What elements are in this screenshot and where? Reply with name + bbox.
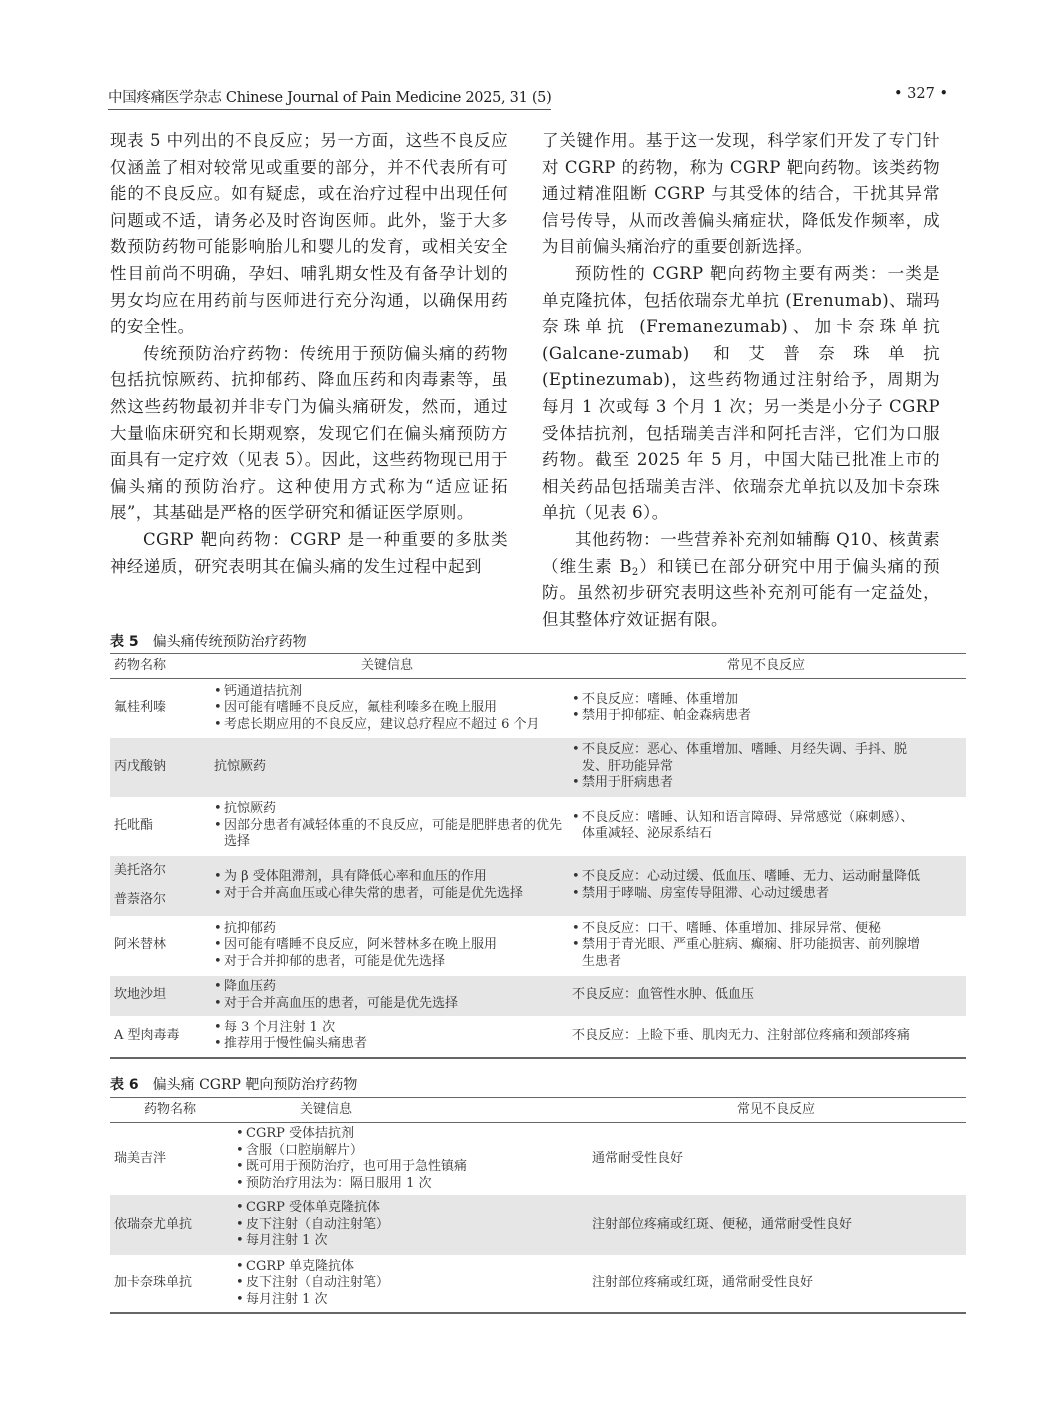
table-row: A 型肉毒毒每 3 个月注射 1 次推荐用于慢性偏头痛患者不良反应：上睑下垂、肌… xyxy=(110,1016,966,1058)
bullet-item: 推荐用于慢性偏头痛患者 xyxy=(214,1036,562,1053)
bullet-item: 预防治疗用法为：隔日服用 1 次 xyxy=(236,1176,582,1193)
right-column: 了关键作用。基于这一发现，科学家们开发了专门针对 CGRP 的药物，称为 CGR… xyxy=(542,128,940,633)
bullet-item: 含服（口腔崩解片） xyxy=(236,1143,582,1160)
table5: 药物名称 关键信息 常见不良反应 氟桂利嗪钙通道拮抗剂因可能有嗜睡不良反应，氟桂… xyxy=(110,653,966,1059)
cell-text: 阿米替林 xyxy=(114,937,204,954)
bullet-item: 抗抑郁药 xyxy=(214,921,562,938)
paragraph: 传统预防治疗药物：传统用于预防偏头痛的药物包括抗惊厥药、抗抑郁药、降血压药和肉毒… xyxy=(110,341,508,527)
cell-text: 注射部位疼痛或红斑，通常耐受性良好 xyxy=(592,1275,962,1292)
subscript: 2 xyxy=(632,567,639,578)
key-info-cell: 降血压药对于合并高血压的患者，可能是优先选择 xyxy=(208,976,566,1016)
bullet-item: 不良反应：心动过缓、低血压、嗜睡、无力、运动耐量降低 xyxy=(572,869,926,886)
cell-text: 不良反应：血管性水肿、低血压 xyxy=(572,987,926,1004)
bullet-list: 为 β 受体阻滞剂，具有降低心率和血压的作用对于合并高血压或心律失常的患者，可能… xyxy=(214,869,562,902)
key-info-cell: 为 β 受体阻滞剂，具有降低心率和血压的作用对于合并高血压或心律失常的患者，可能… xyxy=(208,856,566,916)
bullet-item: CGRP 受体拮抗剂 xyxy=(236,1126,582,1143)
cell-text: 瑞美吉泮 xyxy=(114,1151,226,1168)
drug-name-cell: 依瑞奈尤单抗 xyxy=(110,1195,230,1255)
bullet-item: 因可能有嗜睡不良反应，阿米替林多在晚上服用 xyxy=(214,937,562,954)
drug-name-cell: 美托洛尔普萘洛尔 xyxy=(110,856,208,916)
bullet-item: 降血压药 xyxy=(214,979,562,996)
table-row: 瑞美吉泮CGRP 受体拮抗剂含服（口腔崩解片）既可用于预防治疗，也可用于急性镇痛… xyxy=(110,1123,966,1196)
bullet-item: 禁用于抑郁症、帕金森病患者 xyxy=(572,708,926,725)
adverse-reaction-cell: 注射部位疼痛或红斑、便秘，通常耐受性良好 xyxy=(586,1195,966,1255)
column-header: 常见不良反应 xyxy=(586,1098,966,1123)
bullet-item: 为 β 受体阻滞剂，具有降低心率和血压的作用 xyxy=(214,869,562,886)
bullet-item: 对于合并高血压或心律失常的患者，可能是优先选择 xyxy=(214,886,562,903)
drug-name-cell: 坎地沙坦 xyxy=(110,976,208,1016)
bullet-list: 每 3 个月注射 1 次推荐用于慢性偏头痛患者 xyxy=(214,1020,562,1053)
adverse-reaction-cell: 不良反应：口干、嗜睡、体重增加、排尿异常、便秘禁用于青光眼、严重心脏病、癫痫、肝… xyxy=(566,916,966,976)
bullet-item: 既可用于预防治疗，也可用于急性镇痛 xyxy=(236,1159,582,1176)
adverse-reaction-cell: 不良反应：恶心、体重增加、嗜睡、月经失调、手抖、脱发、肝功能异常禁用于肝病患者 xyxy=(566,738,966,797)
bullet-item: CGRP 受体单克隆抗体 xyxy=(236,1200,582,1217)
bullet-item: 禁用于哮喘、房室传导阻滞、心动过缓患者 xyxy=(572,886,926,903)
adverse-reaction-cell: 不良反应：血管性水肿、低血压 xyxy=(566,976,966,1016)
table6-title: 偏头痛 CGRP 靶向预防治疗药物 xyxy=(153,1077,358,1093)
drug-name-cell: 托吡酯 xyxy=(110,797,208,856)
cell-text: 抗惊厥药 xyxy=(214,759,562,776)
cell-text: 丙戊酸钠 xyxy=(114,759,204,776)
paragraph: 现表 5 中列出的不良反应；另一方面，这些不良反应仅涵盖了相对较常见或重要的部分… xyxy=(110,128,508,341)
cell-text: 美托洛尔 xyxy=(114,863,204,880)
key-info-cell: 抗惊厥药因部分患者有减轻体重的不良反应，可能是肥胖患者的优先选择 xyxy=(208,797,566,856)
key-info-cell: 抗抑郁药因可能有嗜睡不良反应，阿米替林多在晚上服用对于合并抑郁的患者，可能是优先… xyxy=(208,916,566,976)
bullet-item: 抗惊厥药 xyxy=(214,801,562,818)
bullet-item: 不良反应：嗜睡、认知和语言障碍、异常感觉（麻刺感）、体重减轻、泌尿系结石 xyxy=(572,810,926,843)
bullet-item: 禁用于青光眼、严重心脏病、癫痫、肝功能损害、前列腺增生患者 xyxy=(572,937,926,970)
bullet-item: CGRP 单克隆抗体 xyxy=(236,1259,582,1276)
column-header: 药物名称 xyxy=(110,654,208,679)
table5-label: 表 5 xyxy=(110,634,139,650)
table6-caption: 表 6偏头痛 CGRP 靶向预防治疗药物 xyxy=(110,1074,357,1094)
drug-name-cell: 瑞美吉泮 xyxy=(110,1123,230,1196)
adverse-reaction-cell: 不良反应：上睑下垂、肌肉无力、注射部位疼痛和颈部疼痛 xyxy=(566,1016,966,1058)
bullet-item: 每月注射 1 次 xyxy=(236,1233,582,1250)
key-info-cell: 抗惊厥药 xyxy=(208,738,566,797)
cell-text: 通常耐受性良好 xyxy=(592,1151,962,1168)
adverse-reaction-cell: 注射部位疼痛或红斑，通常耐受性良好 xyxy=(586,1255,966,1313)
paragraph: 预防性的 CGRP 靶向药物主要有两类：一类是单克隆抗体，包括依瑞奈尤单抗 (E… xyxy=(542,261,940,527)
table6: 药物名称 关键信息 常见不良反应 瑞美吉泮CGRP 受体拮抗剂含服（口腔崩解片）… xyxy=(110,1097,966,1314)
cell-text: 加卡奈珠单抗 xyxy=(114,1275,226,1292)
table-header-row: 药物名称 关键信息 常见不良反应 xyxy=(110,654,966,679)
drug-name-cell: 阿米替林 xyxy=(110,916,208,976)
bullet-item: 不良反应：口干、嗜睡、体重增加、排尿异常、便秘 xyxy=(572,921,926,938)
column-header: 关键信息 xyxy=(230,1098,586,1123)
cell-text: A 型肉毒毒 xyxy=(114,1028,204,1045)
table-header-row: 药物名称 关键信息 常见不良反应 xyxy=(110,1098,966,1123)
bullet-list: CGRP 受体拮抗剂含服（口腔崩解片）既可用于预防治疗，也可用于急性镇痛预防治疗… xyxy=(236,1126,582,1192)
table-row: 加卡奈珠单抗CGRP 单克隆抗体皮下注射（自动注射笔）每月注射 1 次注射部位疼… xyxy=(110,1255,966,1313)
adverse-reaction-cell: 不良反应：嗜睡、认知和语言障碍、异常感觉（麻刺感）、体重减轻、泌尿系结石 xyxy=(566,797,966,856)
bullet-item: 对于合并高血压的患者，可能是优先选择 xyxy=(214,996,562,1013)
paragraph: 其他药物：一些营养补充剂如辅酶 Q10、核黄素（维生素 B2）和镁已在部分研究中… xyxy=(542,527,940,633)
drug-name-cell: 氟桂利嗪 xyxy=(110,679,208,738)
key-info-cell: 钙通道拮抗剂因可能有嗜睡不良反应，氟桂利嗪多在晚上服用考虑长期应用的不良反应，建… xyxy=(208,679,566,738)
table-row: 氟桂利嗪钙通道拮抗剂因可能有嗜睡不良反应，氟桂利嗪多在晚上服用考虑长期应用的不良… xyxy=(110,679,966,738)
page-number: • 327 • xyxy=(894,86,948,102)
drug-name-cell: A 型肉毒毒 xyxy=(110,1016,208,1058)
left-column: 现表 5 中列出的不良反应；另一方面，这些不良反应仅涵盖了相对较常见或重要的部分… xyxy=(110,128,508,580)
bullet-item: 皮下注射（自动注射笔） xyxy=(236,1217,582,1234)
table-row: 依瑞奈尤单抗CGRP 受体单克隆抗体皮下注射（自动注射笔）每月注射 1 次注射部… xyxy=(110,1195,966,1255)
drug-name-cell: 丙戊酸钠 xyxy=(110,738,208,797)
bullet-item: 每月注射 1 次 xyxy=(236,1292,582,1309)
bullet-list: 钙通道拮抗剂因可能有嗜睡不良反应，氟桂利嗪多在晚上服用考虑长期应用的不良反应，建… xyxy=(214,684,562,734)
bullet-item: 不良反应：嗜睡、体重增加 xyxy=(572,692,926,709)
bullet-list: 不良反应：恶心、体重增加、嗜睡、月经失调、手抖、脱发、肝功能异常禁用于肝病患者 xyxy=(572,742,926,792)
bullet-list: 降血压药对于合并高血压的患者，可能是优先选择 xyxy=(214,979,562,1012)
paragraph: CGRP 靶向药物：CGRP 是一种重要的多肽类神经递质，研究表明其在偏头痛的发… xyxy=(110,527,508,580)
adverse-reaction-cell: 不良反应：心动过缓、低血压、嗜睡、无力、运动耐量降低禁用于哮喘、房室传导阻滞、心… xyxy=(566,856,966,916)
key-info-cell: CGRP 受体单克隆抗体皮下注射（自动注射笔）每月注射 1 次 xyxy=(230,1195,586,1255)
bullet-list: 不良反应：心动过缓、低血压、嗜睡、无力、运动耐量降低禁用于哮喘、房室传导阻滞、心… xyxy=(572,869,926,902)
bullet-list: CGRP 受体单克隆抗体皮下注射（自动注射笔）每月注射 1 次 xyxy=(236,1200,582,1250)
cell-text: 坎地沙坦 xyxy=(114,987,204,1004)
bullet-item: 皮下注射（自动注射笔） xyxy=(236,1275,582,1292)
bullet-item: 每 3 个月注射 1 次 xyxy=(214,1020,562,1037)
adverse-reaction-cell: 通常耐受性良好 xyxy=(586,1123,966,1196)
bullet-list: 不良反应：嗜睡、体重增加禁用于抑郁症、帕金森病患者 xyxy=(572,692,926,725)
table-row: 美托洛尔普萘洛尔为 β 受体阻滞剂，具有降低心率和血压的作用对于合并高血压或心律… xyxy=(110,856,966,916)
bullet-item: 不良反应：恶心、体重增加、嗜睡、月经失调、手抖、脱发、肝功能异常 xyxy=(572,742,926,775)
drug-name-cell: 加卡奈珠单抗 xyxy=(110,1255,230,1313)
table5-caption: 表 5偏头痛传统预防治疗药物 xyxy=(110,631,307,651)
bullet-item: 考虑长期应用的不良反应，建议总疗程应不超过 6 个月 xyxy=(214,717,562,734)
column-header: 药物名称 xyxy=(110,1098,230,1123)
cell-text: 托吡酯 xyxy=(114,818,204,835)
table6-label: 表 6 xyxy=(110,1077,139,1093)
bullet-list: 不良反应：口干、嗜睡、体重增加、排尿异常、便秘禁用于青光眼、严重心脏病、癫痫、肝… xyxy=(572,921,926,971)
bullet-item: 因可能有嗜睡不良反应，氟桂利嗪多在晚上服用 xyxy=(214,700,562,717)
table-row: 托吡酯抗惊厥药因部分患者有减轻体重的不良反应，可能是肥胖患者的优先选择不良反应：… xyxy=(110,797,966,856)
column-header: 关键信息 xyxy=(208,654,566,679)
table-row: 丙戊酸钠抗惊厥药不良反应：恶心、体重增加、嗜睡、月经失调、手抖、脱发、肝功能异常… xyxy=(110,738,966,797)
bullet-item: 对于合并抑郁的患者，可能是优先选择 xyxy=(214,954,562,971)
key-info-cell: 每 3 个月注射 1 次推荐用于慢性偏头痛患者 xyxy=(208,1016,566,1058)
adverse-reaction-cell: 不良反应：嗜睡、体重增加禁用于抑郁症、帕金森病患者 xyxy=(566,679,966,738)
cell-text: 氟桂利嗪 xyxy=(114,700,204,717)
bullet-list: 不良反应：嗜睡、认知和语言障碍、异常感觉（麻刺感）、体重减轻、泌尿系结石 xyxy=(572,810,926,843)
bullet-list: CGRP 单克隆抗体皮下注射（自动注射笔）每月注射 1 次 xyxy=(236,1259,582,1309)
paragraph: 了关键作用。基于这一发现，科学家们开发了专门针对 CGRP 的药物，称为 CGR… xyxy=(542,128,940,261)
cell-text: 注射部位疼痛或红斑、便秘，通常耐受性良好 xyxy=(592,1217,962,1234)
running-header: 中国疼痛医学杂志 Chinese Journal of Pain Medicin… xyxy=(108,86,948,108)
cell-text: 普萘洛尔 xyxy=(114,892,204,909)
bullet-list: 抗惊厥药因部分患者有减轻体重的不良反应，可能是肥胖患者的优先选择 xyxy=(214,801,562,851)
table-row: 坎地沙坦降血压药对于合并高血压的患者，可能是优先选择不良反应：血管性水肿、低血压 xyxy=(110,976,966,1016)
bullet-item: 禁用于肝病患者 xyxy=(572,775,926,792)
bullet-item: 钙通道拮抗剂 xyxy=(214,684,562,701)
journal-title: 中国疼痛医学杂志 Chinese Journal of Pain Medicin… xyxy=(108,86,551,110)
table-row: 阿米替林抗抑郁药因可能有嗜睡不良反应，阿米替林多在晚上服用对于合并抑郁的患者，可… xyxy=(110,916,966,976)
bullet-item: 因部分患者有减轻体重的不良反应，可能是肥胖患者的优先选择 xyxy=(214,818,562,851)
cell-text: 不良反应：上睑下垂、肌肉无力、注射部位疼痛和颈部疼痛 xyxy=(572,1028,926,1045)
table5-title: 偏头痛传统预防治疗药物 xyxy=(153,634,307,650)
key-info-cell: CGRP 单克隆抗体皮下注射（自动注射笔）每月注射 1 次 xyxy=(230,1255,586,1313)
column-header: 常见不良反应 xyxy=(566,654,966,679)
cell-text: 依瑞奈尤单抗 xyxy=(114,1217,226,1234)
key-info-cell: CGRP 受体拮抗剂含服（口腔崩解片）既可用于预防治疗，也可用于急性镇痛预防治疗… xyxy=(230,1123,586,1196)
bullet-list: 抗抑郁药因可能有嗜睡不良反应，阿米替林多在晚上服用对于合并抑郁的患者，可能是优先… xyxy=(214,921,562,971)
